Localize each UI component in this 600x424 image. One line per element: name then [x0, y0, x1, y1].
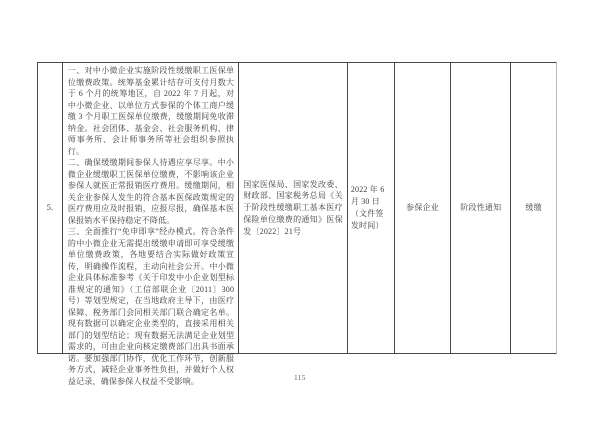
- measure-paragraph-2: 二、确保缓缴期间参保人待遇应享尽享。中小微企业缓缴职工医保单位缴费，不影响该企业…: [68, 157, 234, 226]
- policy-type-label: 阶段性通知: [460, 202, 501, 214]
- policy-measures-table: 5. 一、对中小微企业实施阶段性缓缴职工医保单位缴费政策。统筹基金累计结存可支付…: [37, 62, 557, 354]
- applicable-target-label: 参保企业: [406, 202, 439, 214]
- table-cell-applicable-target: 参保企业: [394, 63, 451, 353]
- table-cell-policy-document: 国家医保局、国家发改委、财政部、国家税务总局《关于阶段性缓缴职工基本医疗保险单位…: [238, 63, 347, 353]
- table-cell-measure-content: 一、对中小微企业实施阶段性缓缴职工医保单位缴费政策。统筹基金累计结存可支付月数大…: [62, 63, 238, 353]
- table-cell-policy-type: 阶段性通知: [450, 63, 510, 353]
- measure-paragraph-1: 一、对中小微企业实施阶段性缓缴职工医保单位缴费政策。统筹基金累计结存可支付月数大…: [68, 65, 234, 157]
- document-sign-date: 2022 年 6 月 30 日（文件签发时间）: [351, 184, 391, 232]
- scanned-document-page: 5. 一、对中小微企业实施阶段性缓缴职工医保单位缴费政策。统筹基金累计结存可支付…: [0, 0, 600, 424]
- policy-document-citation: 国家医保局、国家发改委、财政部、国家税务总局《关于阶段性缓缴职工基本医疗保险单位…: [243, 179, 343, 238]
- table-cell-policy-category: 缓缴: [510, 63, 556, 353]
- table-cell-row-number: 5.: [38, 63, 62, 353]
- row-number-label: 5.: [47, 202, 54, 214]
- table-cell-date: 2022 年 6 月 30 日（文件签发时间）: [347, 63, 394, 353]
- page-number: 115: [0, 374, 600, 382]
- policy-category-label: 缓缴: [525, 202, 541, 214]
- measure-paragraph-3: 三、全面推行“免申即享”经办模式。符合条件的中小微企业无需提出缓缴申请即可享受缓…: [68, 226, 234, 387]
